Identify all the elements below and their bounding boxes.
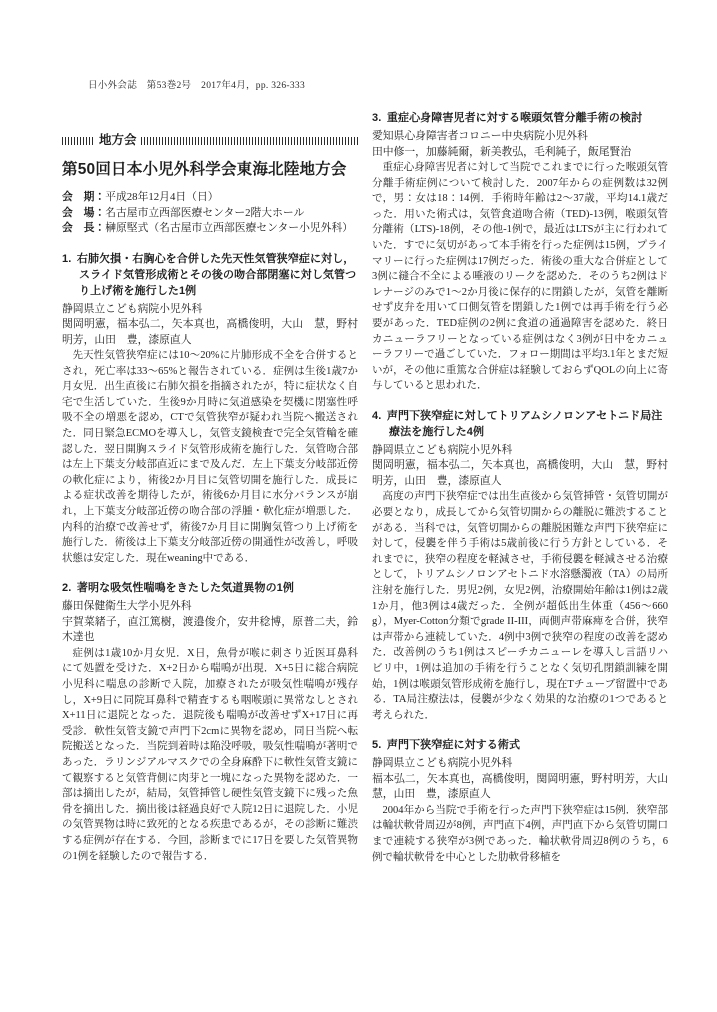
abstract-5-title-text: 声門下狭窄症に対する術式 — [387, 739, 520, 751]
abstract-5: 5.声門下狭窄症に対する術式 静岡県立こども病院小児外科 福本弘二，矢本真也，高… — [372, 737, 668, 865]
abstract-1-authors: 関岡明憲，福本弘二，矢本真也，高橋俊明，大山 慧，野村明芳，山田 豊，漆原直人 — [62, 317, 358, 348]
abstract-3-title: 3.重症心身障害児者に対する喉頭気管分離手術の検討 — [372, 110, 668, 126]
abstract-3-number: 3. — [372, 112, 381, 124]
abstract-5-body: 2004年から当院で手術を行った声門下狭窄症は15例．狭窄部は輪状軟骨周辺が8例… — [372, 803, 668, 865]
abstract-4-title-text: 声門下狭窄症に対してトリアムシノロンアセトニド局注療法を施行した4例 — [387, 410, 663, 438]
meeting-president-row: 会 長： 榊原堅式（名古屋市立西部医療センター小児外科） — [62, 221, 358, 237]
meeting-title: 第50回日本小児外科学会東海北陸地方会 — [62, 159, 358, 181]
abstract-2-title: 2.著明な吸気性喘鳴をきたした気道異物の1例 — [62, 580, 358, 596]
meeting-venue-label: 会 場： — [62, 206, 105, 222]
abstract-2: 2.著明な吸気性喘鳴をきたした気道異物の1例 藤田保健衛生大学小児外科 宇賀菜緒… — [62, 580, 358, 864]
meeting-venue-row: 会 場： 名古屋市立西部医療センター2階大ホール — [62, 206, 358, 222]
abstract-1-affiliation: 静岡県立こども病院小児外科 — [62, 302, 358, 318]
hatch-rule-left — [62, 137, 95, 145]
meeting-president-value: 榊原堅式（名古屋市立西部医療センター小児外科） — [105, 221, 353, 237]
abstract-5-title: 5.声門下狭窄症に対する術式 — [372, 737, 668, 753]
abstract-3: 3.重症心身障害児者に対する喉頭気管分離手術の検討 愛知県心身障害者コロニー中央… — [372, 110, 668, 394]
abstract-3-affiliation: 愛知県心身障害者コロニー中央病院小児外科 — [372, 129, 668, 145]
meeting-president-label: 会 長： — [62, 221, 105, 237]
meeting-date-row: 会 期： 平成28年12月4日（日） — [62, 190, 358, 206]
abstract-1-title: 1.右肺欠損・右胸心を合併した先天性気管狭窄症に対し，スライド気管形成術とその後… — [62, 251, 358, 299]
abstract-4-authors: 関岡明憲，福本弘二，矢本真也，高橋俊明，大山 慧，野村明芳，山田 豊，漆原直人 — [372, 458, 668, 489]
abstract-3-title-text: 重症心身障害児者に対する喉頭気管分離手術の検討 — [387, 112, 642, 124]
abstract-2-number: 2. — [62, 582, 71, 594]
abstract-1-number: 1. — [62, 253, 71, 265]
abstract-2-title-text: 著明な吸気性喘鳴をきたした気道異物の1例 — [77, 582, 294, 594]
abstract-1-title-text: 右肺欠損・右胸心を合併した先天性気管狭窄症に対し，スライド気管形成術とその後の吻… — [77, 253, 356, 297]
abstract-3-authors: 田中修一，加藤純爾，新美教弘，毛利純子，飯尾賢治 — [372, 145, 668, 161]
abstract-4-affiliation: 静岡県立こども病院小児外科 — [372, 443, 668, 459]
abstract-1: 1.右肺欠損・右胸心を合併した先天性気管狭窄症に対し，スライド気管形成術とその後… — [62, 251, 358, 567]
meeting-date-value: 平成28年12月4日（日） — [105, 190, 218, 206]
hatch-rule-right — [141, 137, 358, 145]
meeting-date-label: 会 期： — [62, 190, 105, 206]
abstract-4-title: 4.声門下狭窄症に対してトリアムシノロンアセトニド局注療法を施行した4例 — [372, 408, 668, 440]
section-band: 地方会 — [62, 134, 358, 147]
abstract-5-number: 5. — [372, 739, 381, 751]
meeting-venue-value: 名古屋市立西部医療センター2階大ホール — [105, 206, 304, 222]
abstract-4: 4.声門下狭窄症に対してトリアムシノロンアセトニド局注療法を施行した4例 静岡県… — [372, 408, 668, 723]
abstract-1-body: 先天性気管狭窄症には10～20%に片肺形成不全を合併するとされ，死亡率は33～6… — [62, 348, 358, 566]
abstract-4-number: 4. — [372, 410, 381, 422]
right-column: 3.重症心身障害児者に対する喉頭気管分離手術の検討 愛知県心身障害者コロニー中央… — [372, 110, 668, 865]
meeting-meta: 会 期： 平成28年12月4日（日） 会 場： 名古屋市立西部医療センター2階大… — [62, 190, 358, 237]
abstract-3-body: 重症心身障害児者に対して当院でこれまでに行った喉頭気管分離手術症例について検討し… — [372, 160, 668, 394]
abstract-5-affiliation: 静岡県立こども病院小児外科 — [372, 756, 668, 772]
abstract-2-authors: 宇賀菜緒子，直江篤樹，渡邉俊介，安井稔博，原普二夫，鈴木達也 — [62, 615, 358, 646]
abstract-2-body: 症例は1歳10か月女児．X日，魚骨が喉に刺さり近医耳鼻科にて処置を受けた．X+2… — [62, 646, 358, 864]
journal-page: 日小外会誌 第53巻2号 2017年4月，pp. 326-333 地方会 第50… — [0, 0, 717, 1012]
columns: 地方会 第50回日本小児外科学会東海北陸地方会 会 期： 平成28年12月4日（… — [62, 110, 669, 865]
left-column: 地方会 第50回日本小児外科学会東海北陸地方会 会 期： 平成28年12月4日（… — [62, 110, 358, 865]
journal-citation: 日小外会誌 第53巻2号 2017年4月，pp. 326-333 — [62, 80, 669, 92]
abstract-5-authors: 福本弘二，矢本真也，高橋俊明，関岡明憲，野村明芳，大山 慧，山田 豊，漆原直人 — [372, 772, 668, 803]
abstract-4-body: 高度の声門下狭窄症では出生直後から気管挿管・気管切開が必要となり，成長してから気… — [372, 489, 668, 723]
abstract-2-affiliation: 藤田保健衛生大学小児外科 — [62, 599, 358, 615]
section-label: 地方会 — [97, 134, 139, 147]
